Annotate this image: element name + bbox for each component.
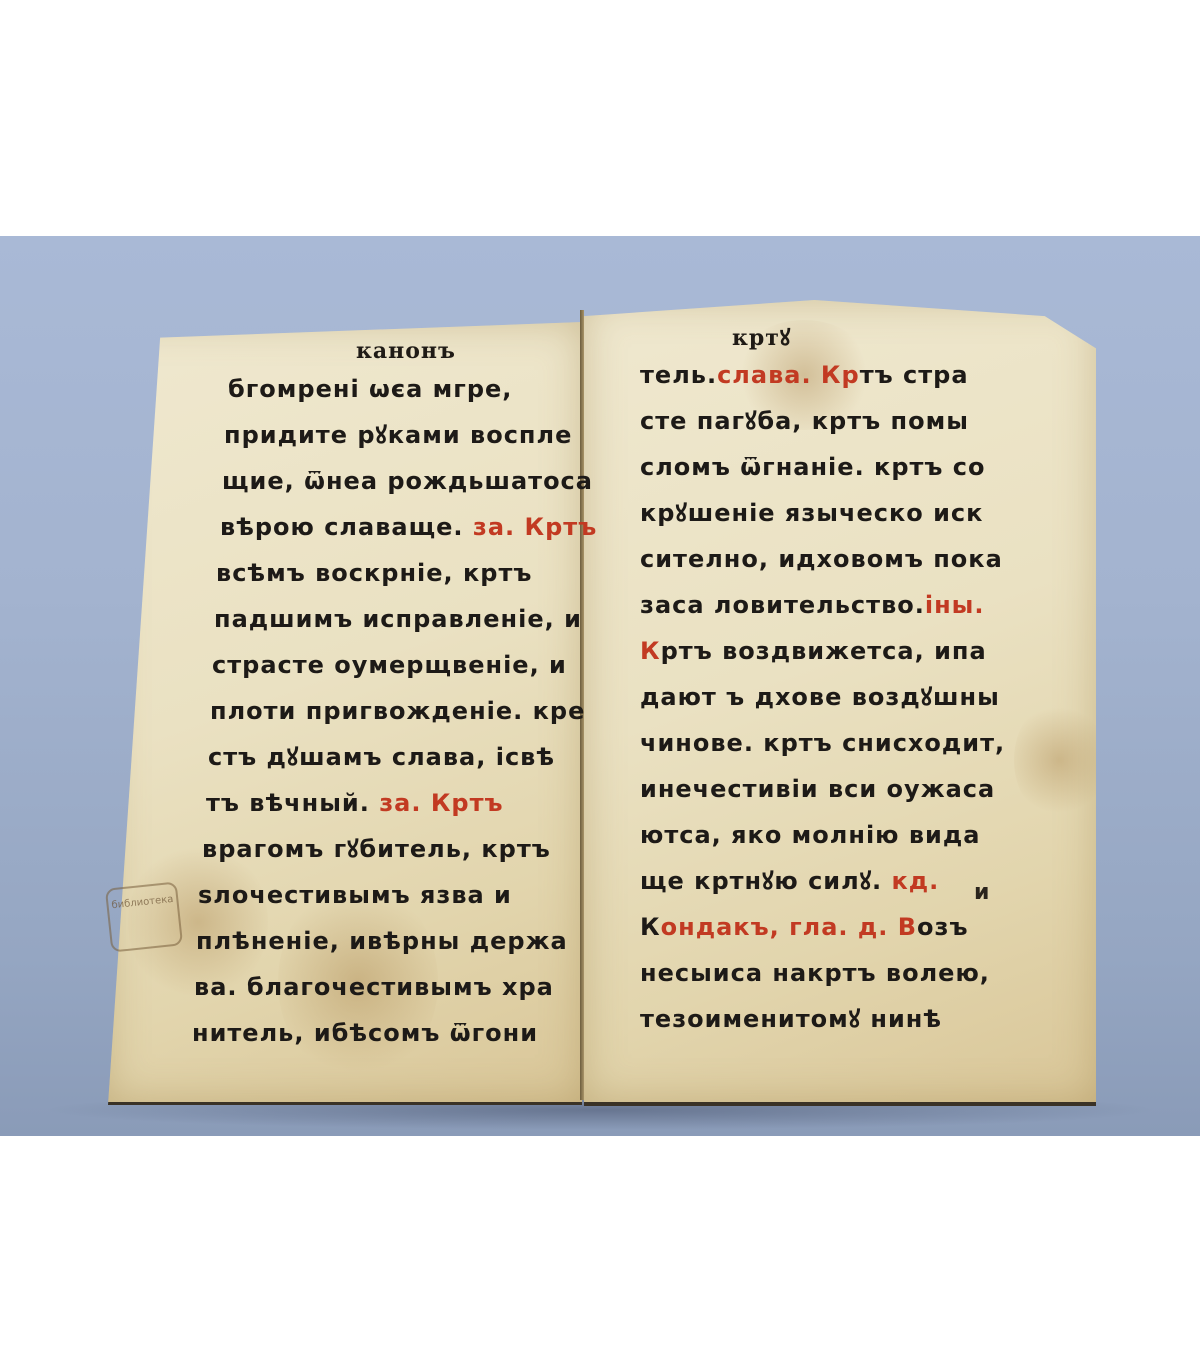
rubric: іны. bbox=[925, 591, 985, 619]
text-line: придите рꙋками воспле bbox=[224, 412, 597, 458]
rubric: кд. bbox=[891, 867, 939, 895]
text-line: дают ъ дхове воздꙋшны bbox=[640, 674, 1005, 720]
text-line: сте пагꙋба, кртъ помы bbox=[640, 398, 1005, 444]
rubric: ондакъ, гла. д. В bbox=[661, 913, 917, 941]
folio-number: и bbox=[974, 880, 989, 905]
text-line: тель.слава. Кртъ стра bbox=[640, 352, 1005, 398]
text-line: нитель, ибѣсомъ ѿгони bbox=[192, 1010, 597, 1056]
text-line: сително, идховомъ пока bbox=[640, 536, 1005, 582]
text-line: ѕлочестивымъ язва и bbox=[198, 872, 597, 918]
rubric: слава. Кр bbox=[717, 361, 860, 389]
rubric: за. Кртъ bbox=[473, 513, 597, 541]
text-line: падшимъ исправленіе, и bbox=[214, 596, 597, 642]
text-line: инечестивіи вси оужаса bbox=[640, 766, 1005, 812]
text-line: крꙋшеніе языческо иск bbox=[640, 490, 1005, 536]
rubric: К bbox=[640, 637, 661, 665]
text-line: щие, ѿнеа рождьшатоса bbox=[222, 458, 597, 504]
text-line: плѣненіе, ивѣрны держа bbox=[196, 918, 597, 964]
text-line: тезоименитомꙋ нинѣ bbox=[640, 996, 1005, 1042]
right-page-text: тель.слава. Кртъ стра сте пагꙋба, кртъ п… bbox=[640, 352, 1005, 1042]
text-line: всѣмъ воскрніе, кртъ bbox=[216, 550, 597, 596]
left-page-text: бгомрені ѡєа мгре, придите рꙋками воспле… bbox=[228, 366, 597, 1056]
text-line: врагомъ гꙋбитель, кртъ bbox=[202, 826, 597, 872]
water-stain bbox=[1014, 700, 1104, 820]
rubric: за. Кртъ bbox=[379, 789, 503, 817]
text-line: Кртъ воздвижетса, ипа bbox=[640, 628, 1005, 674]
text-line: страсте оумерщвеніе, и bbox=[212, 642, 597, 688]
text-line: бгомрені ѡєа мгре, bbox=[228, 366, 597, 412]
text-line: Кондакъ, гла. д. Возъ bbox=[640, 904, 1005, 950]
text-line: сломъ ѿгнаніе. кртъ со bbox=[640, 444, 1005, 490]
text-line: тъ вѣчный. за. Кртъ bbox=[206, 780, 597, 826]
right-page-heading: кртꙋ bbox=[732, 322, 791, 352]
text-line: стъ дꙋшамъ слава, ісвѣ bbox=[208, 734, 597, 780]
text-line: чинове. кртъ снисходит, bbox=[640, 720, 1005, 766]
left-page-heading: канонъ bbox=[356, 338, 456, 364]
library-stamp: библиотека bbox=[105, 881, 183, 952]
text-line: ва. благочестивымъ хра bbox=[194, 964, 597, 1010]
text-line: ютса, яко молнію вида bbox=[640, 812, 1005, 858]
text-line: заса ловительство.іны. bbox=[640, 582, 1005, 628]
text-line: несыиса накртъ волею, bbox=[640, 950, 1005, 996]
text-line: плоти пригвожденіе. кре bbox=[210, 688, 597, 734]
text-line: вѣрою славаще. за. Кртъ bbox=[220, 504, 597, 550]
text-line: ще кртнꙋю силꙋ. кд. bbox=[640, 858, 1005, 904]
